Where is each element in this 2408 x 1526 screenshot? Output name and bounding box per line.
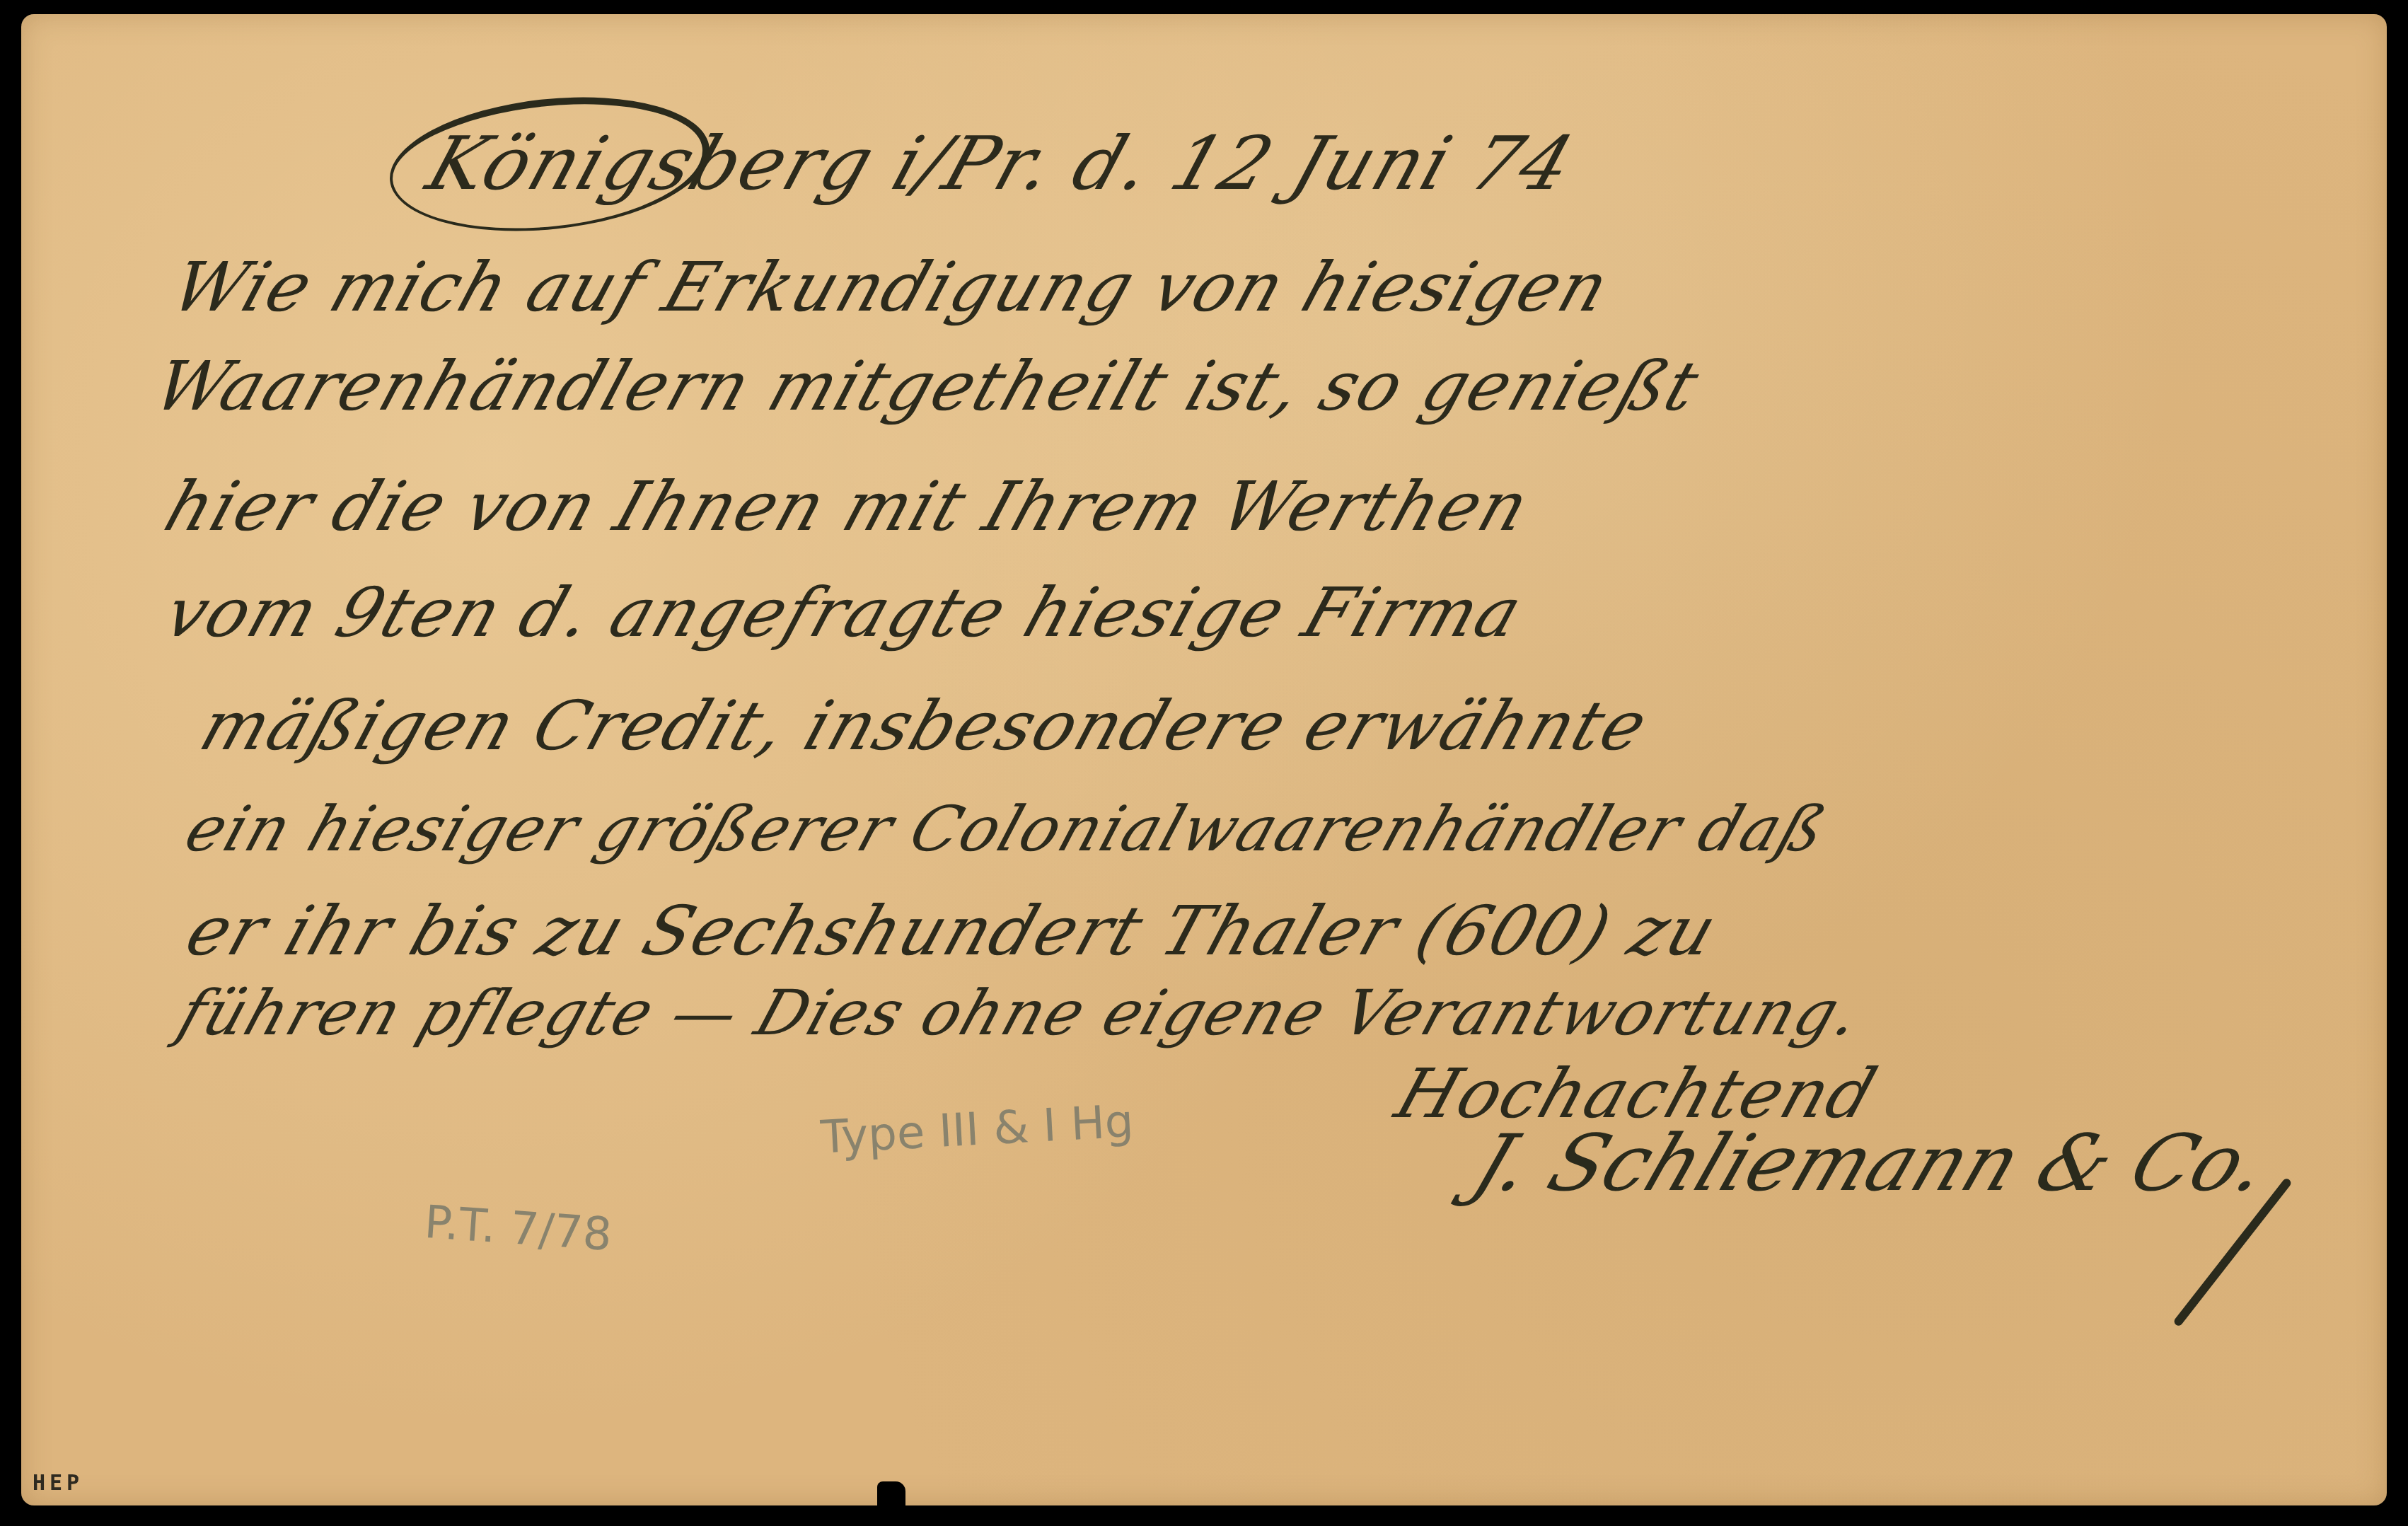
postcard: Königsberg i/Pr. d. 12 Juni 74 Wie mich … <box>21 14 2387 1505</box>
signature: J. Schliemann & Co. <box>1462 1118 2281 1208</box>
pencil-type-note: Type III & I Hg <box>819 1095 1135 1164</box>
edge-damage <box>877 1481 905 1505</box>
body-line-8: führen pflegte — Dies ohne eigene Verant… <box>170 976 1870 1049</box>
place-date-heading: Königsberg i/Pr. d. 12 Juni 74 <box>417 120 1585 207</box>
body-line-7: er ihr bis zu Sechshundert Thaler (600) … <box>177 891 1727 971</box>
corner-mark: HEP <box>33 1471 83 1496</box>
body-line-1: Wie mich auf Erkundigung von hiesigen <box>163 248 1619 327</box>
pencil-reference-note: P.T. 7/78 <box>423 1196 613 1261</box>
body-line-2: Waarenhändlern mitgetheilt ist, so genie… <box>145 347 1710 426</box>
body-line-6: ein hiesiger größerer Colonialwaarenhänd… <box>177 792 1836 865</box>
body-line-5: mäßigen Credit, insbesondere erwähnte <box>191 686 1658 765</box>
body-line-4: vom 9ten d. angefragte hiesige Firma <box>156 573 1532 652</box>
body-line-3: hier die von Ihnen mit Ihrem Werthen <box>156 467 1539 546</box>
